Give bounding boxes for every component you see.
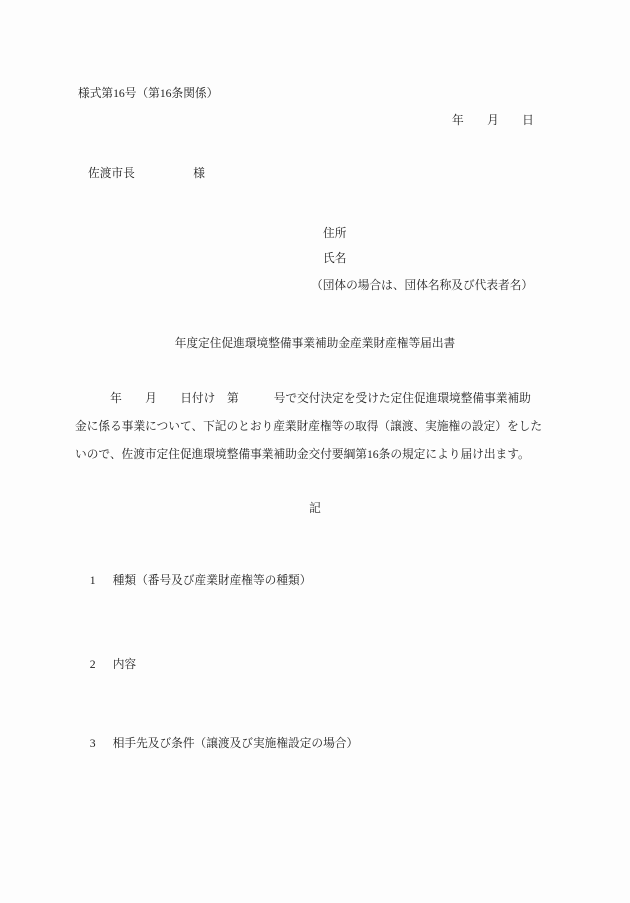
body-paragraph-line-2: 金に係る事業について、下記のとおり産業財産権等の取得（譲渡、実施権の設定）をした	[75, 419, 542, 434]
list-item-2: 2内容	[78, 642, 136, 687]
address-label: 住所	[323, 226, 346, 241]
list-item-1: 1種類（番号及び産業財産権等の種類）	[78, 558, 311, 603]
list-item-3: 3相手先及び条件（譲渡及び実施権設定の場合）	[78, 721, 358, 766]
item-2-label: 内容	[113, 658, 136, 671]
item-2-number: 2	[90, 657, 113, 672]
body-paragraph-line-3: いので、佐渡市定住促進環境整備事業補助金交付要綱第16条の規定により届け出ます。	[75, 447, 530, 462]
body-paragraph-line-1: 年 月 日付け 第 号で交付決定を受けた定住促進環境整備事業補助	[75, 391, 531, 406]
name-label: 氏名	[323, 251, 346, 266]
form-number-label: 様式第16号（第16条関係）	[78, 86, 218, 101]
item-3-number: 3	[90, 736, 113, 751]
item-3-label: 相手先及び条件（譲渡及び実施権設定の場合）	[113, 737, 358, 750]
addressee-line: 佐渡市長 様	[88, 166, 205, 181]
organization-note: （団体の場合は、団体名称及び代表者名）	[311, 278, 533, 293]
item-1-number: 1	[90, 573, 113, 588]
date-line: 年 月 日	[452, 113, 534, 128]
document-title: 年度定住促進環境整備事業補助金産業財産権等届出書	[0, 336, 630, 351]
document-page: 様式第16号（第16条関係） 年 月 日 佐渡市長 様 住所 氏名 （団体の場合…	[0, 0, 630, 903]
record-marker: 記	[0, 501, 630, 516]
item-1-label: 種類（番号及び産業財産権等の種類）	[113, 574, 312, 587]
